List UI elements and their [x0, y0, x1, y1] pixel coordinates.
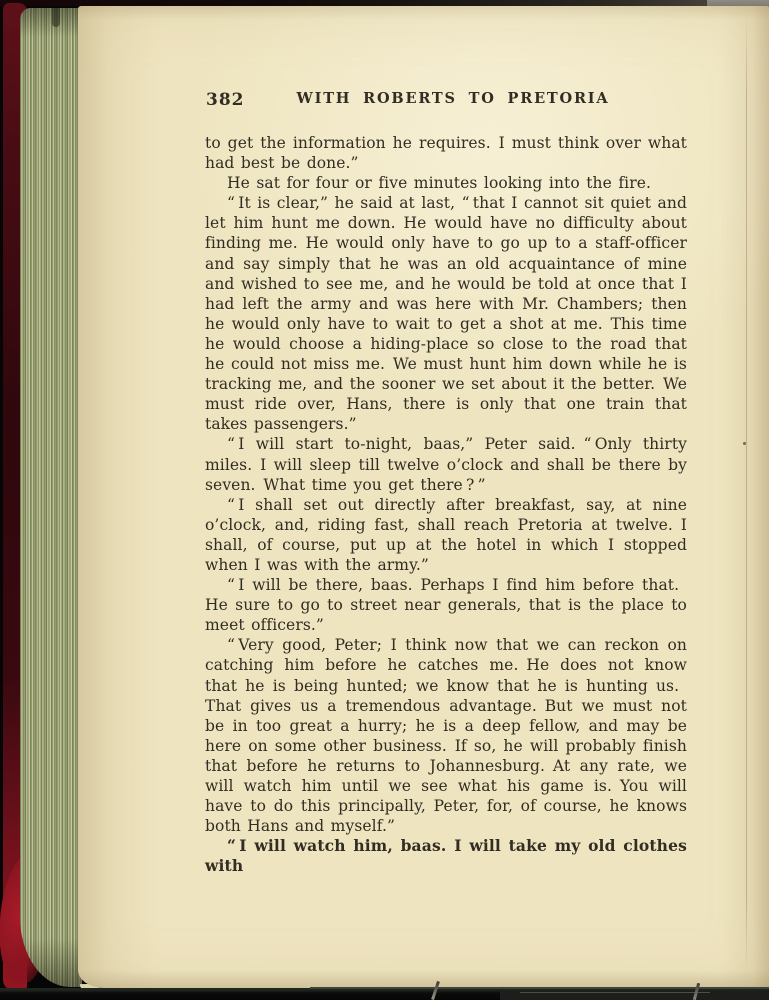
running-title: WITH ROBERTS TO PRETORIA: [205, 90, 687, 107]
page-right-edge-line: [746, 16, 747, 974]
paragraph: He sat for four or five minutes looking …: [205, 173, 687, 193]
page-bottom-shadow-line: [310, 987, 769, 989]
ink-speck: [743, 442, 746, 445]
fanned-page-edges: [20, 8, 82, 987]
page-number: 382: [206, 90, 245, 110]
printed-content: 382 WITH ROBERTS TO PRETORIA to get the …: [205, 90, 687, 876]
paragraph: “ It is clear,” he said at last, “ that …: [205, 193, 687, 434]
page-header: 382 WITH ROBERTS TO PRETORIA: [205, 90, 687, 112]
paragraph: “ I will be there, baas. Perhaps I find …: [205, 575, 687, 635]
scanned-book-photo: 382 WITH ROBERTS TO PRETORIA to get the …: [0, 0, 769, 1000]
book-page: 382 WITH ROBERTS TO PRETORIA to get the …: [78, 6, 769, 988]
paragraph: to get the information he requires. I mu…: [205, 133, 687, 173]
book-cradle-edge-highlight: [520, 992, 710, 993]
body-text: to get the information he requires. I mu…: [205, 133, 687, 876]
paragraph: “ I will start to-night, baas,” Peter sa…: [205, 434, 687, 494]
paragraph: “ Very good, Peter; I think now that we …: [205, 635, 687, 836]
paragraph: “ I will watch him, baas. I will take my…: [205, 836, 687, 876]
page-edge-step: [52, 8, 60, 27]
paragraph: “ I shall set out directly after breakfa…: [205, 495, 687, 575]
